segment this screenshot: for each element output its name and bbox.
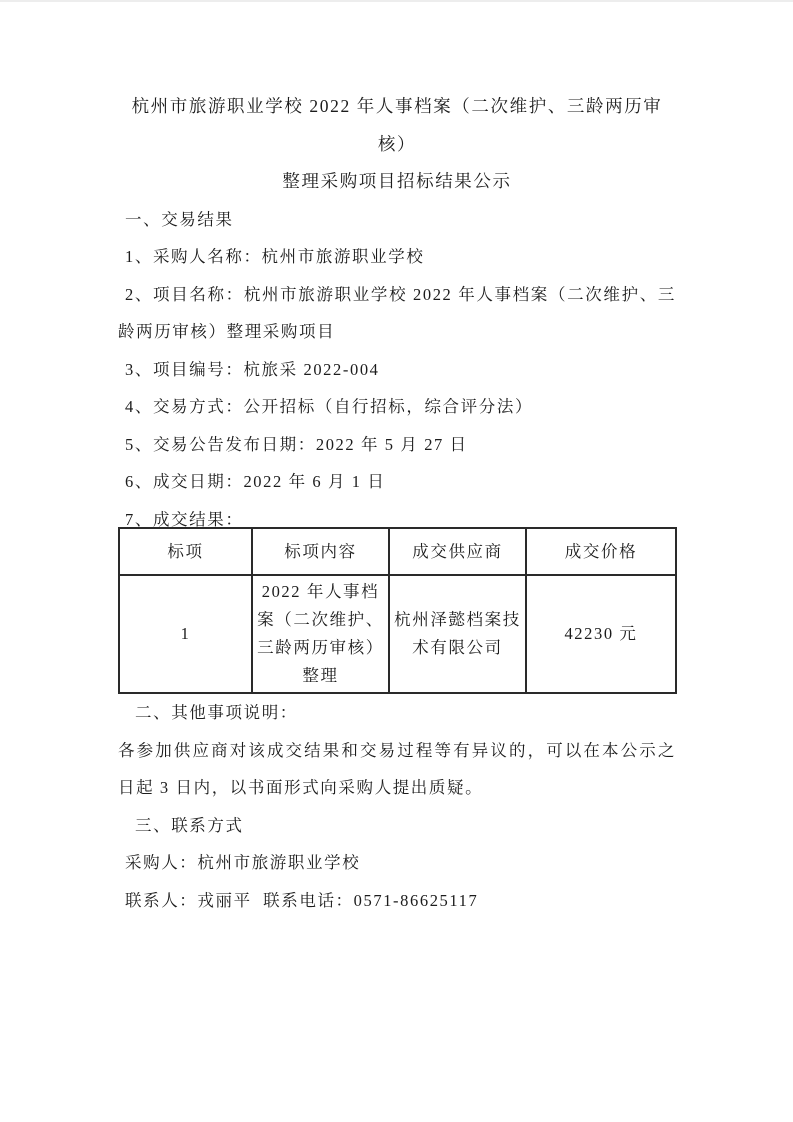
cell-supplier: 杭州泽懿档案技术有限公司 bbox=[389, 575, 526, 693]
item-project-code: 3、项目编号：杭旅采 2022-004 bbox=[118, 351, 676, 389]
table-header-supplier: 成交供应商 bbox=[389, 528, 526, 575]
section-1-heading: 一、交易结果 bbox=[118, 201, 676, 239]
table-header-row: 标项 标项内容 成交供应商 成交价格 bbox=[119, 528, 676, 575]
contact-purchaser-line: 采购人：杭州市旅游职业学校 bbox=[118, 844, 676, 882]
section-2-body: 各参加供应商对该成交结果和交易过程等有异议的，可以在本公示之日起 3 日内，以书… bbox=[118, 732, 676, 807]
announcement-body: 杭州市旅游职业学校 2022 年人事档案（二次维护、三龄两历审核） 整理采购项目… bbox=[118, 88, 676, 919]
item-project-name: 2、项目名称：杭州市旅游职业学校 2022 年人事档案（二次维护、三龄两历审核）… bbox=[118, 276, 676, 351]
document-page: 杭州市旅游职业学校 2022 年人事档案（二次维护、三龄两历审核） 整理采购项目… bbox=[0, 0, 793, 1122]
scan-edge-artifact bbox=[0, 0, 793, 2]
table-header-price: 成交价格 bbox=[526, 528, 676, 575]
doc-title-line-2: 整理采购项目招标结果公示 bbox=[118, 163, 676, 201]
cell-lot-no: 1 bbox=[119, 575, 252, 693]
item-purchaser-name: 1、采购人名称：杭州市旅游职业学校 bbox=[118, 238, 676, 276]
table-row: 1 2022 年人事档案（二次维护、三龄两历审核）整理 杭州泽懿档案技术有限公司… bbox=[119, 575, 676, 693]
item-deal-date: 6、成交日期：2022 年 6 月 1 日 bbox=[118, 463, 676, 501]
section-3-heading: 三、联系方式 bbox=[118, 807, 676, 845]
deal-result-table: 标项 标项内容 成交供应商 成交价格 1 2022 年人事档案（二次维护、三龄两… bbox=[118, 527, 677, 694]
cell-price: 42230 元 bbox=[526, 575, 676, 693]
table-header-lot-content: 标项内容 bbox=[252, 528, 389, 575]
item-trade-method: 4、交易方式：公开招标（自行招标，综合评分法） bbox=[118, 388, 676, 426]
doc-title-line-1: 杭州市旅游职业学校 2022 年人事档案（二次维护、三龄两历审核） bbox=[118, 88, 676, 163]
item-announcement-date: 5、交易公告发布日期：2022 年 5 月 27 日 bbox=[118, 426, 676, 464]
section-2-heading: 二、其他事项说明： bbox=[118, 694, 676, 732]
contact-person-line: 联系人：戎丽平 联系电话：0571-86625117 bbox=[118, 882, 676, 920]
cell-lot-content: 2022 年人事档案（二次维护、三龄两历审核）整理 bbox=[252, 575, 389, 693]
